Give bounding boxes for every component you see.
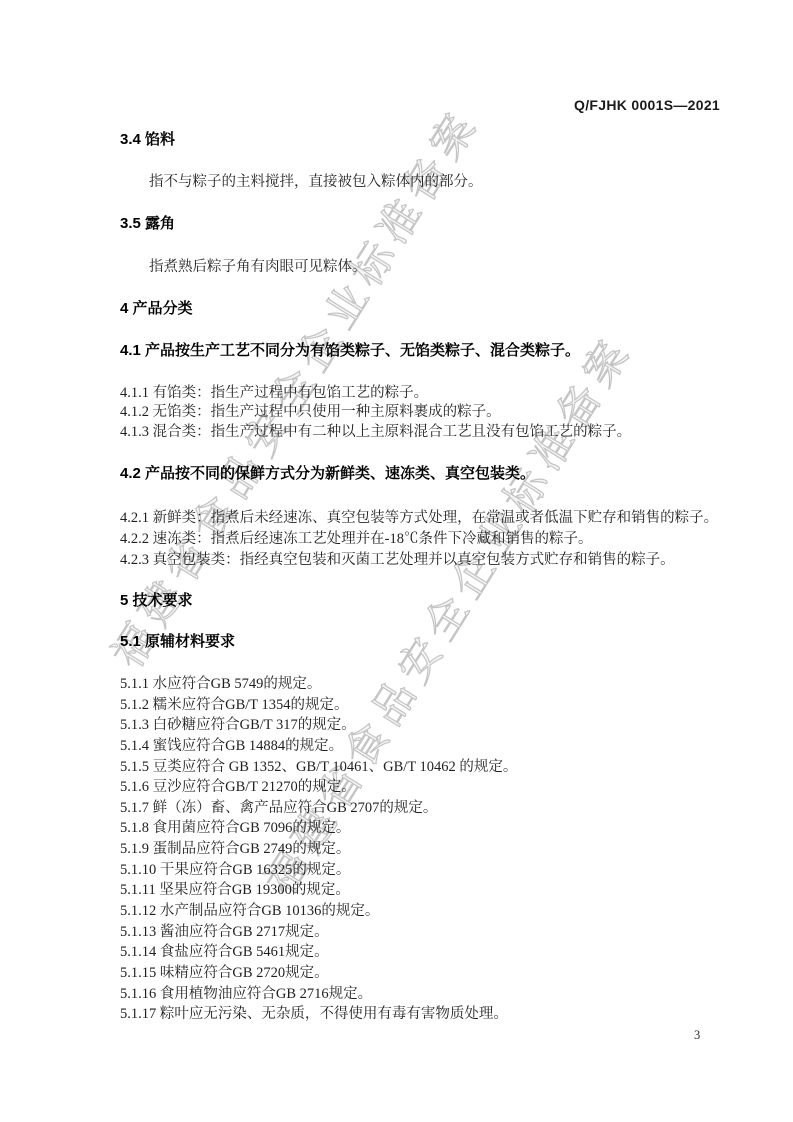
clause-5-1-3: 5.1.3 白砂糖应符合GB/T 317的规定。 (120, 715, 732, 736)
clause-5-1-12: 5.1.12 水产制品应符合GB 10136的规定。 (120, 901, 732, 922)
clause-5-1-13: 5.1.13 酱油应符合GB 2717规定。 (120, 922, 732, 943)
clause-5-1-11: 5.1.11 坚果应符合GB 19300的规定。 (120, 880, 732, 901)
heading-4-2-preservation-types: 4.2 产品按不同的保鲜方式分为新鲜类、速冻类、真空包装类。 (120, 464, 732, 484)
clause-list-4-1: 4.1.1 有馅类：指生产过程中有包馅工艺的粽子。 4.1.2 无馅类：指生产过… (120, 384, 732, 442)
clause-4-2-3: 4.2.3 真空包装类：指经真空包装和灭菌工艺处理并以真空包装方式贮存和销售的粽… (120, 550, 732, 571)
clause-5-1-9: 5.1.9 蛋制品应符合GB 2749的规定。 (120, 839, 732, 860)
clause-4-1-3: 4.1.3 混合类：指生产过程中有二种以上主原料混合工艺且没有包馅工艺的粽子。 (120, 423, 732, 442)
document-page: 福建省食品安全企业标准备案 福建省食品安全企业标准备案 Q/FJHK 0001S… (0, 0, 793, 1122)
clause-5-1-2: 5.1.2 糯米应符合GB/T 1354的规定。 (120, 695, 732, 716)
clause-5-1-17: 5.1.17 粽叶应无污染、无杂质，不得使用有毒有害物质处理。 (120, 1004, 732, 1025)
clause-4-1-2: 4.1.2 无馅类：指生产过程中只使用一种主原料裹成的粽子。 (120, 403, 732, 422)
clause-5-1-1: 5.1.1 水应符合GB 5749的规定。 (120, 674, 732, 695)
clause-5-1-5: 5.1.5 豆类应符合 GB 1352、GB/T 10461、GB/T 1046… (120, 757, 732, 778)
clause-5-1-7: 5.1.7 鲜（冻）畜、禽产品应符合GB 2707的规定。 (120, 798, 732, 819)
clause-4-1-1: 4.1.1 有馅类：指生产过程中有包馅工艺的粽子。 (120, 384, 732, 403)
clause-5-1-4: 5.1.4 蜜饯应符合GB 14884的规定。 (120, 736, 732, 757)
clause-5-1-6: 5.1.6 豆沙应符合GB/T 21270的规定。 (120, 777, 732, 798)
clause-list-5-1: 5.1.1 水应符合GB 5749的规定。 5.1.2 糯米应符合GB/T 13… (120, 674, 732, 1025)
clause-5-1-14: 5.1.14 食盐应符合GB 5461规定。 (120, 942, 732, 963)
heading-4-product-classification: 4 产品分类 (120, 299, 732, 319)
clause-5-1-16: 5.1.16 食用植物油应符合GB 2716规定。 (120, 984, 732, 1005)
document-body: 3.4 馅料 指不与粽子的主料搅拌，直接被包入粽体内的部分。 3.5 露角 指煮… (120, 130, 732, 1025)
standard-code: Q/FJHK 0001S—2021 (574, 97, 720, 113)
clause-4-2-1: 4.2.1 新鲜类：指煮后未经速冻、真空包装等方式处理，在常温或者低温下贮存和销… (120, 508, 732, 529)
paragraph-3-4: 指不与粽子的主料搅拌，直接被包入粽体内的部分。 (120, 172, 732, 192)
page-number: 3 (694, 1028, 700, 1043)
heading-5-1-raw-materials: 5.1 原辅材料要求 (120, 632, 732, 652)
clause-5-1-8: 5.1.8 食用菌应符合GB 7096的规定。 (120, 818, 732, 839)
clause-list-4-2: 4.2.1 新鲜类：指煮后未经速冻、真空包装等方式处理，在常温或者低温下贮存和销… (120, 508, 732, 571)
paragraph-3-5: 指煮熟后粽子角有肉眼可见粽体。 (120, 257, 732, 277)
heading-4-1-process-types: 4.1 产品按生产工艺不同分为有馅类粽子、无馅类粽子、混合类粽子。 (120, 341, 732, 361)
clause-5-1-15: 5.1.15 味精应符合GB 2720规定。 (120, 963, 732, 984)
heading-5-technical-requirements: 5 技术要求 (120, 591, 732, 611)
heading-3-4-filling: 3.4 馅料 (120, 130, 732, 150)
clause-5-1-10: 5.1.10 干果应符合GB 16325的规定。 (120, 860, 732, 881)
heading-3-5-exposed-corner: 3.5 露角 (120, 214, 732, 234)
clause-4-2-2: 4.2.2 速冻类：指煮后经速冻工艺处理并在-18℃条件下冷藏和销售的粽子。 (120, 529, 732, 550)
